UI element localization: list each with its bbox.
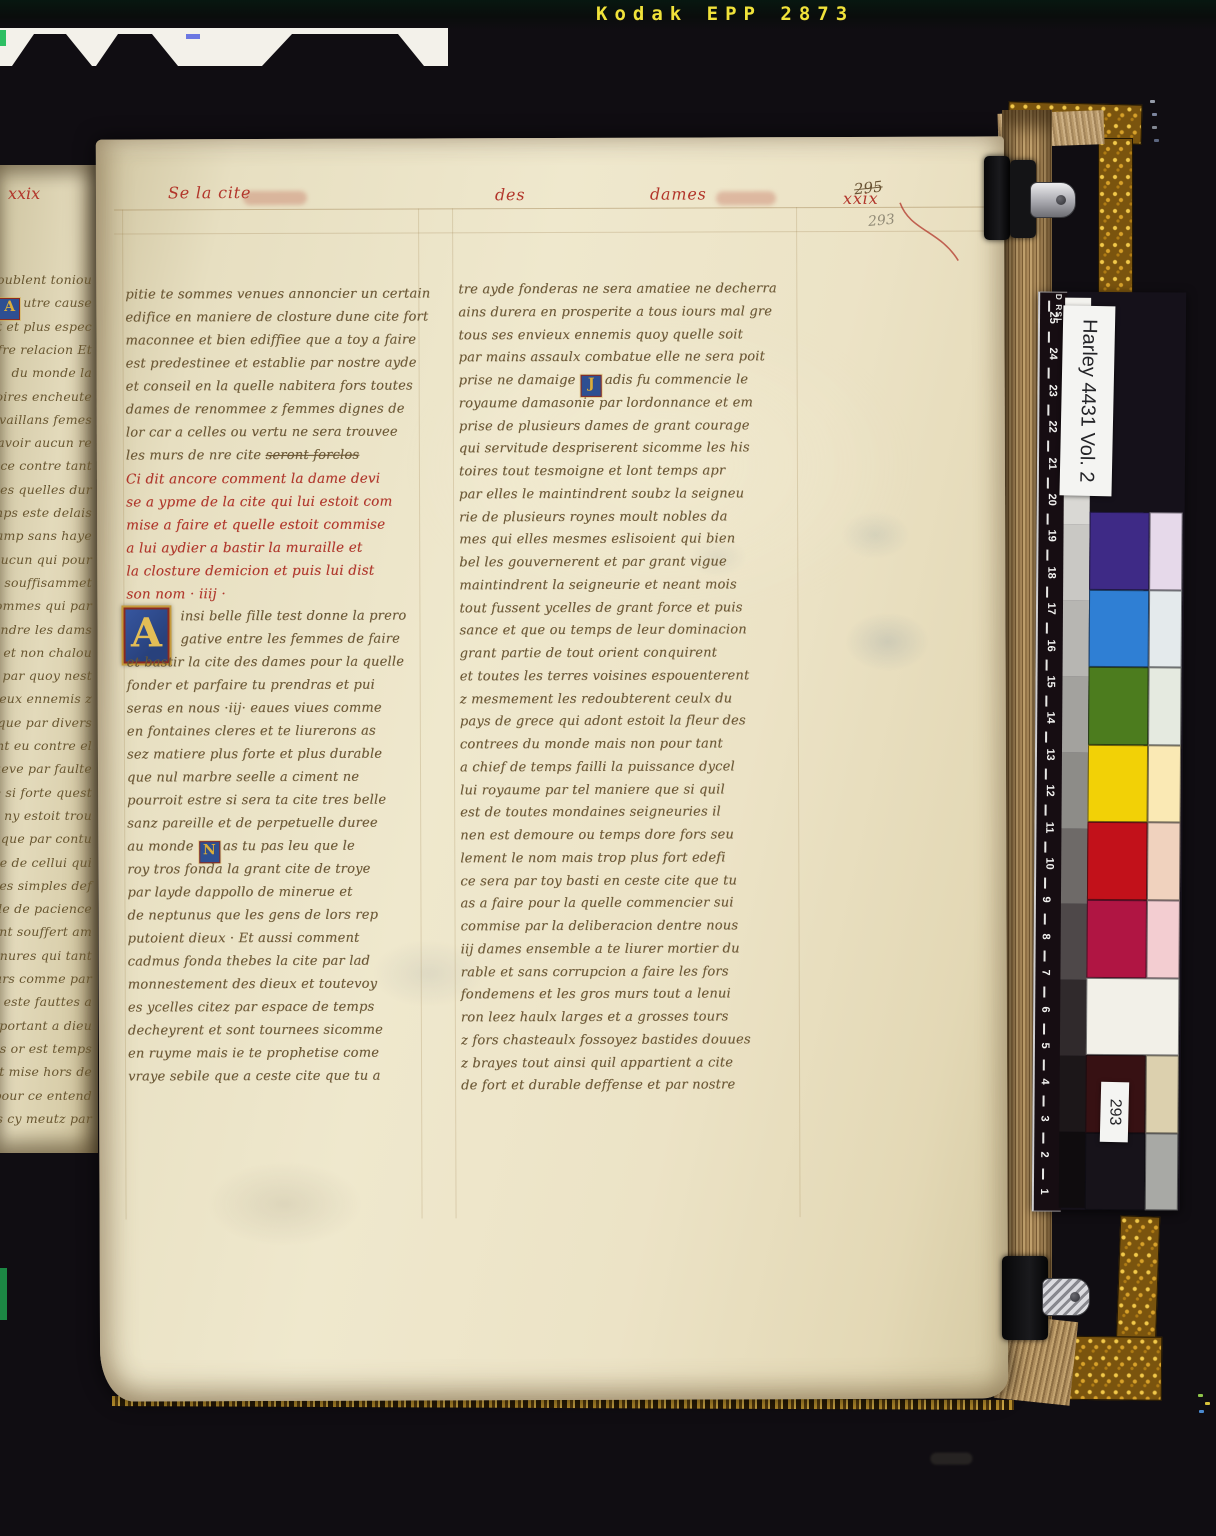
fragment-text-line: ust souffisammet <box>0 575 92 590</box>
fragment-text-line: pportant a dieu <box>0 1018 92 1033</box>
binder-clip-top <box>984 156 1010 240</box>
fragment-text-line: mple de pacience <box>0 901 92 916</box>
film-edge-dot <box>1199 1410 1204 1413</box>
ruler-tick <box>1045 768 1047 779</box>
ruler-number: 18 <box>1045 566 1057 578</box>
fragment-text-line: ffendre les dams <box>0 622 92 637</box>
ruler-number: 9 <box>1040 897 1052 903</box>
ruler-number: 25 <box>1047 311 1059 323</box>
film-blue-mark <box>186 34 200 39</box>
ruler-tick <box>1045 732 1047 743</box>
manuscript-text-line: lor car a celles ou vertu ne sera trouve… <box>126 425 398 441</box>
manuscript-text-line: commise par la deliberacion dentre nous <box>461 918 739 934</box>
ruler-tick <box>1048 368 1050 379</box>
manuscript-text-line: gative entre les femmes de faire <box>127 632 401 648</box>
pen-flourish <box>896 201 966 265</box>
gray-step <box>1060 904 1087 980</box>
fragment-text-line: ont souffert am <box>0 924 92 939</box>
manuscript-text-line: as a faire pour la quelle commencier sui <box>460 896 733 912</box>
manuscript-text-line: lement le nom mais trop plus fort edefi <box>460 850 725 866</box>
manuscript-text-line: par mains assaulx combatue elle ne sera … <box>459 350 765 366</box>
ruler-number: 24 <box>1047 348 1059 360</box>
ruler-tick <box>1046 550 1048 561</box>
ruler-number: 13 <box>1044 748 1056 760</box>
fragment-text-line: fre relacion Et <box>0 342 92 357</box>
tint-patch-green <box>1148 667 1182 745</box>
ruler-tick <box>1044 950 1046 961</box>
fragment-text-line: urs comme par <box>0 971 92 986</box>
gray-step <box>1063 525 1090 601</box>
manuscript-text-line: en fontaines cleres et te liurerons as <box>127 724 376 740</box>
fragment-text-line: t avoir aucun re <box>0 435 92 450</box>
manuscript-text-line: les murs de nre cite seront forclos <box>126 448 359 464</box>
manuscript-text-line: roy tros fonda la grant cite de troye <box>127 862 370 878</box>
color-patch-purple <box>1089 512 1150 590</box>
gray-step <box>1059 1131 1086 1207</box>
ruler-number: 5 <box>1039 1042 1051 1048</box>
ruler-tick <box>1047 441 1049 452</box>
ruler-number: 6 <box>1039 1006 1051 1012</box>
manuscript-text-line: sanz pareille et de perpetuelle duree <box>127 816 378 832</box>
film-green-mark <box>0 30 6 46</box>
struck-text: seront forclos <box>266 448 360 463</box>
gray-step <box>1063 601 1090 677</box>
manuscript-text-line: contrees du monde mais non pour tant <box>460 736 723 752</box>
ruler-tick <box>1044 841 1046 852</box>
fragment-text-line: Autre cause <box>0 295 92 320</box>
ruler-number: 23 <box>1047 384 1059 396</box>
fragment-text-line: ueux ennemis z <box>0 691 92 706</box>
tint-patch-yellow <box>1148 745 1182 823</box>
manuscript-text-line: se a ypme de la cite qui lui estoit com <box>126 494 392 511</box>
tint-patch-purple <box>1149 512 1183 590</box>
manuscript-text-line: au monde Nas tu pas leu que le <box>127 839 355 864</box>
running-header-de-la-cite: Se la cite <box>168 183 251 202</box>
ruling-line <box>452 208 457 1218</box>
manuscript-text-line: tre ayde fonderas ne sera amatiee ne dec… <box>458 281 776 297</box>
film-stock-label: Kodak EPP 2873 <box>596 3 854 25</box>
gray-step <box>1061 828 1088 904</box>
film-edge-dot <box>1205 1402 1210 1405</box>
manuscript-text-line: tous ses envieux ennemis quoy quelle soi… <box>458 327 743 343</box>
fragment-text-line: ence contre tant <box>0 458 92 473</box>
manuscript-text-line: putoient dieux · Et aussi comment <box>128 931 360 947</box>
manuscript-text-line: maconnee et bien ediffiee que a toy a fa… <box>125 332 416 348</box>
manuscript-text-line: a chief de temps failli la puissance dyc… <box>460 759 735 775</box>
manuscript-text-line: tout fussent ycelles de grant force et p… <box>459 600 742 616</box>
manuscript-text-line: z fors chasteaulx fossoyez bastides douu… <box>461 1032 751 1048</box>
faint-pencil-mark <box>930 1453 972 1465</box>
film-edge-dot <box>1198 1394 1203 1397</box>
ruler-number: 11 <box>1043 821 1055 833</box>
manuscript-text-line: edifice en maniere de closture dune cite… <box>125 309 428 325</box>
fragment-text-line: les simples def <box>0 878 92 893</box>
text-column-left: A pitie te sommes venues annoncier un ce… <box>125 286 428 1107</box>
color-calibration-bar: D RSI 1234567891011121314151617181920212… <box>1032 291 1186 1210</box>
ruler-number: 2 <box>1038 1152 1050 1158</box>
manuscript-text-line: de fort et durable deffense et par nostr… <box>461 1078 735 1094</box>
ruler-tick <box>1042 1169 1044 1180</box>
offset-ink-ghost <box>716 191 776 205</box>
manuscript-text-line: est predestinee et establie par nostre a… <box>126 355 417 371</box>
ruler-number: 20 <box>1046 493 1058 505</box>
manuscript-text-line: lui royaume par tel maniere que si quil <box>460 782 725 798</box>
manuscript-text-line: mes qui elles mesmes eslisoient qui bien <box>459 532 735 548</box>
manuscript-text-line: monnestement des dieux et toutevoy <box>128 977 378 993</box>
inline-illuminated-initial: J <box>581 375 602 397</box>
fragment-text-line: inures qui tant <box>0 948 92 963</box>
fragment-text-line: s que par divers <box>0 715 92 730</box>
manuscript-text-line: ron leez haulx larges et a grosses tours <box>461 1009 729 1025</box>
manuscript-text-line: par layde dappollo de minerue et <box>127 885 352 901</box>
folio-number-pencil: 293 <box>867 212 895 230</box>
ruler-number: 12 <box>1044 785 1056 797</box>
offset-ink-ghost <box>243 191 307 205</box>
fragment-text-line: e que par contu <box>0 831 92 846</box>
ruler-tick <box>1043 1023 1045 1034</box>
color-patch-white <box>1086 977 1180 1055</box>
fragment-text-line: nt este fauttes a <box>0 994 92 1009</box>
manuscript-text-line: cadmus fonda thebes la cite par lad <box>128 954 370 970</box>
manuscript-text-line: fonder et parfaire tu prendras et pui <box>127 678 375 694</box>
manuscript-text-line: prise ne damaige Jadis fu commencie le <box>459 372 749 397</box>
film-edge-dot <box>1152 126 1157 129</box>
manuscript-text-line: ce sera par toy basti en ceste cite que … <box>460 873 737 889</box>
ruler-number: 21 <box>1046 457 1058 469</box>
fragment-text-line: Les quelles dur <box>0 482 92 497</box>
ruler-tick <box>1048 301 1050 312</box>
ruler-tick <box>1046 659 1048 670</box>
manuscript-text-line: insi belle fille test donne la prero <box>126 609 406 625</box>
manuscript-text-line: royaume damasonie par lordonnance et em <box>459 395 753 411</box>
fragment-text-line: champ sans haye <box>0 528 92 543</box>
color-patch-yellow <box>1088 745 1149 823</box>
manuscript-text-line: et bastir la cite des dames pour la quel… <box>127 655 405 671</box>
manuscript-text-line: bel les gouvernerent et par grant vigue <box>459 554 727 570</box>
ruler-tick <box>1043 1096 1045 1107</box>
manuscript-text-line: a lui aydier a bastir la muraille et <box>126 540 362 557</box>
fragment-text-line: oit mise hors de <box>0 1064 92 1079</box>
manuscript-text-line: rie de plusieurs roynes moult nobles da <box>459 509 728 525</box>
ruler-tick <box>1043 987 1045 998</box>
tint-patch-red <box>1147 823 1181 901</box>
fragment-text-line: et pour ce entend <box>0 1088 92 1103</box>
ruler-number: 4 <box>1039 1079 1051 1085</box>
manuscript-text-line: en ruyme mais ie te prophetise come <box>128 1046 379 1062</box>
manuscript-text-line: z mesmement les redoubterent ceulx du <box>460 691 733 707</box>
ruler-tick <box>1047 477 1049 488</box>
ruling-line <box>114 230 990 234</box>
ruler-number: 8 <box>1040 933 1052 939</box>
manuscript-text-line: prise de plusieurs dames de grant courag… <box>459 418 750 434</box>
fragment-text-line: temps este delais <box>0 505 92 520</box>
fragment-text-line: ce et non chalou <box>0 645 92 660</box>
gilded-cover-edge-right-lower <box>1116 1215 1161 1350</box>
ruler-tick <box>1048 332 1050 343</box>
ruler-tick <box>1046 623 1048 634</box>
ruler-number: 16 <box>1045 639 1057 651</box>
manuscript-text-line: z brayes tout ainsi quil appartient a ci… <box>461 1055 733 1071</box>
gray-step <box>1061 752 1088 828</box>
ruler-number: 3 <box>1038 1115 1050 1121</box>
gray-step <box>1062 677 1089 753</box>
film-edge-dot <box>1154 139 1159 142</box>
color-patch-crimson <box>1086 900 1147 978</box>
manuscript-text-line: qui servitude despriserent sicomme les h… <box>459 441 750 457</box>
manuscript-text-line: et toutes les terres voisines espouenter… <box>460 668 750 684</box>
inline-illuminated-initial: N <box>199 841 220 863</box>
fragment-text-line: estoires encheute <box>0 389 92 404</box>
film-edge-dot <box>1150 100 1155 103</box>
shelfmark-label: Harley 4431 Vol. 2 <box>1059 305 1115 496</box>
manuscript-text-line: ains durera en prosperite a tous iours m… <box>458 304 772 320</box>
color-patch-green <box>1088 667 1149 745</box>
fragment-text-line: ont eu contre el <box>0 738 92 753</box>
folio-number-crossed: 295 <box>853 177 883 198</box>
manuscript-text-line: que nul marbre seelle a ciment ne <box>127 770 359 786</box>
manuscript-text-line: es ycelles citez par espace de temps <box>128 1000 375 1016</box>
ruler-tick <box>1043 1060 1045 1071</box>
folio-sticker-label: 293 <box>1100 1082 1129 1143</box>
film-frame-marks-icon <box>0 24 450 70</box>
inline-illuminated-initial: A <box>0 298 20 320</box>
manuscript-text-line: mise a faire et quelle estoit commise <box>126 517 385 534</box>
manuscript-text-line: la closture demicion et puis lui dist <box>126 563 374 580</box>
manuscript-text-line: decheyrent et sont tournees sicomme <box>128 1023 383 1039</box>
manuscript-text-line: toires tout tesmoigne et lont temps apr <box>459 463 725 479</box>
manuscript-page: Se la cite des dames xxix 295 293 A piti… <box>96 136 1008 1401</box>
ruler-number: 19 <box>1046 530 1058 542</box>
fragment-text-line: ee de cellui qui <box>0 855 92 870</box>
tint-patch-crimson <box>1146 900 1180 978</box>
fragment-text-line: du monde la <box>12 365 92 380</box>
fragment-text-line: ce ny estoit trou <box>0 808 92 823</box>
fragment-text-line: ueve par faulte <box>0 761 92 776</box>
ruler-tick <box>1047 404 1049 415</box>
ruler-tick <box>1045 805 1047 816</box>
color-patch-black <box>1085 1133 1146 1211</box>
text-column-right: tre ayde fonderas ne sera amatiee ne dec… <box>458 281 797 1112</box>
ruler-number: 10 <box>1043 857 1055 869</box>
fragment-text-line: et troublent toniou <box>0 272 92 287</box>
manuscript-text-line: rable et sans corrupcion a faire les for… <box>461 964 729 980</box>
color-patch-red <box>1087 822 1148 900</box>
fragment-text-line: ler par quoy nest <box>0 668 92 683</box>
fragment-text-line: cite si forte quest <box>0 785 92 800</box>
fragment-text-line: us cy meutz par <box>0 1111 92 1126</box>
manuscript-text-line: sez matiere plus forte et plus durable <box>127 747 382 763</box>
ruler-number: 22 <box>1046 421 1058 433</box>
fragment-text-line: us or est temps <box>0 1041 92 1056</box>
ruler-number: 17 <box>1045 603 1057 615</box>
ruler-tick <box>1045 696 1047 707</box>
film-green-mark-lower <box>0 1268 7 1320</box>
fragment-text-line: n aucun qui pour <box>0 552 92 567</box>
tint-patch-maroon <box>1145 1055 1179 1133</box>
running-header-dames: dames <box>650 184 707 203</box>
gray-step <box>1059 1056 1086 1132</box>
manuscript-text-line: nen est demoure ou temps dore fors seu <box>460 827 734 843</box>
manuscript-text-line: pays de grece qui adont estoit la fleur … <box>460 714 746 730</box>
ruler-tick <box>1044 878 1046 889</box>
ruler-number: 14 <box>1044 712 1056 724</box>
manuscript-text-line: grant partie de tout orient conquirent <box>460 645 718 661</box>
fragment-text-line: s hommes qui par <box>0 598 92 613</box>
manuscript-text-line: pitie te sommes venues annoncier un cert… <box>125 286 430 302</box>
fragment-text-line: es vaillans femes <box>0 412 92 427</box>
ruler-tick <box>1042 1132 1044 1143</box>
ruler-tick <box>1047 514 1049 525</box>
manuscript-text-line: est de toutes mondaines seigneuries il <box>460 805 721 821</box>
manuscript-text-line: pourroit estre si sera ta cite tres bell… <box>127 793 386 809</box>
fragment-text-line: ant et plus espec <box>0 319 92 334</box>
facing-folio-numeral: xxix <box>8 184 40 203</box>
film-edge-dot <box>1152 113 1157 116</box>
ruler-tick <box>1044 914 1046 925</box>
facing-folio-text: et troublent toniouAutre causeant et plu… <box>0 272 94 1144</box>
gray-step <box>1060 980 1087 1056</box>
manuscript-text-line: sance et que ou temps de leur dominacion <box>459 623 746 639</box>
manuscript-text-line: seras en nous ·iij· eaues viues comme <box>127 701 382 717</box>
manuscript-text-line: son nom · iiij · <box>126 586 226 602</box>
manuscript-text-line: maintindrent la seigneurie et neant mois <box>459 577 736 593</box>
ruler-tick <box>1046 586 1048 597</box>
binder-clip-bottom-handle <box>1042 1278 1090 1316</box>
tint-patch-black <box>1145 1133 1179 1211</box>
ruler-number: 1 <box>1038 1188 1050 1194</box>
manuscript-text-line: vraye sebile que a ceste cite que tu a <box>128 1069 381 1085</box>
manuscript-text-line: fondemens et les gros murs tout a lenui <box>461 987 731 1003</box>
manuscript-text-line: de neptunus que les gens de lors rep <box>127 908 378 924</box>
manuscript-text-line: iij dames ensemble a te liurer mortier d… <box>461 941 740 957</box>
gilded-cover-edge-right-upper <box>1098 138 1133 310</box>
ruler-number: 15 <box>1045 675 1057 687</box>
manuscript-text-line: dames de renommee z femmes dignes de <box>126 402 405 418</box>
manuscript-text-line: par elles le maintindrent soubz la seign… <box>459 486 744 502</box>
manuscript-text-line: et conseil en la quelle nabitera fors to… <box>126 378 413 394</box>
manuscript-text-line: Ci dit ancore comment la dame devi <box>126 471 380 488</box>
manuscript-photo-stage: Kodak EPP 2873 xxix et troublent toniouA… <box>0 0 1216 1536</box>
binder-clip-top-handle <box>1030 182 1076 218</box>
tint-patch-blue <box>1149 590 1183 668</box>
color-patch-blue <box>1089 589 1150 667</box>
ruler-number: 7 <box>1039 970 1051 976</box>
running-header-des: des <box>495 185 525 204</box>
